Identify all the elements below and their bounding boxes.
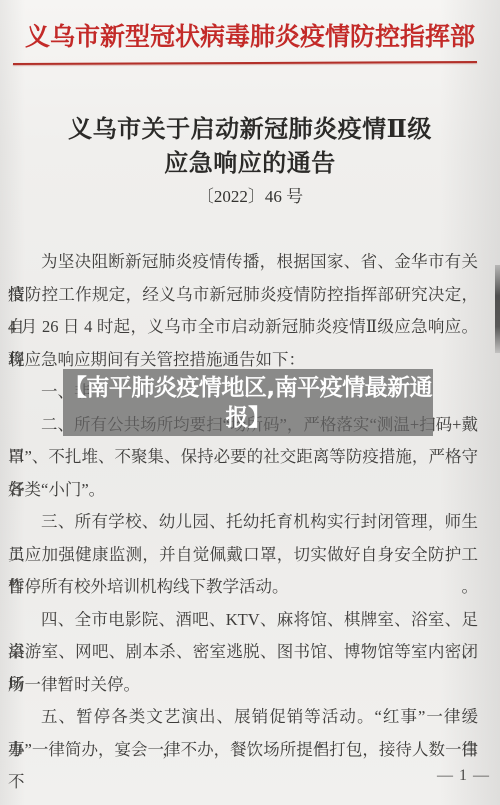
caption-line2: 报】	[226, 403, 271, 433]
document-title-line1: 义乌市关于启动新冠肺炎疫情Ⅱ级	[0, 109, 500, 144]
body-line: 罩”、不扎堆、不聚集、保持必要的社交距离等防疫措施，严格守好	[8, 441, 478, 474]
body-line: 五、暂停各类文艺演出、展销促销等活动。“红事”一律缓办，“白	[8, 701, 478, 734]
photo-edge-shadow	[495, 265, 500, 353]
caption-line1: 【南平肺炎疫情地区,南平疫情最新通	[64, 373, 432, 403]
body-line: 为坚决阻断新冠肺炎疫情传播，根据国家、省、金华市有关疫	[8, 246, 478, 279]
body-line: 各类“小门”。	[8, 474, 478, 507]
body-line: 三、所有学校、幼儿园、托幼托育机构实行封闭管理，师生员	[8, 506, 478, 539]
page-number: — 1 —	[437, 767, 490, 785]
notice-document-photo: 义乌市新型冠状病毒肺炎疫情防控指挥部 义乌市关于启动新冠肺炎疫情Ⅱ级 应急响应的…	[0, 0, 500, 805]
body-line: 桌游室、网吧、剧本杀、密室逃脱、图书馆、博物馆等室内密闭场	[8, 636, 478, 669]
body-line: 所一律暂时关停。	[8, 669, 478, 702]
body-line: 4 月 26 日 4 时起，义乌市全市启动新冠肺炎疫情Ⅱ级应急响应。现	[8, 311, 478, 344]
document-title-line2: 应急响应的通告	[0, 143, 500, 178]
watermark-caption-overlay: 【南平肺炎疫情地区,南平疫情最新通 报】	[63, 369, 433, 436]
issuing-authority-title: 义乌市新型冠状病毒肺炎疫情防控指挥部	[0, 17, 500, 53]
header-divider-line	[13, 61, 477, 65]
body-line: 事”一律简办，宴会一律不办，餐饮场所提倡打包，接待人数一律不	[8, 734, 478, 767]
body-line: 情防控工作规定，经义乌市新冠肺炎疫情防控指挥部研究决定，自	[8, 279, 478, 312]
body-line: 四、全市电影院、酒吧、KTV、麻将馆、棋牌室、浴室、足浴、	[8, 604, 478, 637]
document-body: 为坚决阻断新冠肺炎疫情传播，根据国家、省、金华市有关疫情防控工作规定，经义乌市新…	[8, 246, 478, 766]
body-line: 工应加强健康监测，并自觉佩戴口罩，切实做好自身安全防护工作。	[8, 539, 478, 572]
document-number: 〔2022〕46 号	[0, 182, 500, 207]
